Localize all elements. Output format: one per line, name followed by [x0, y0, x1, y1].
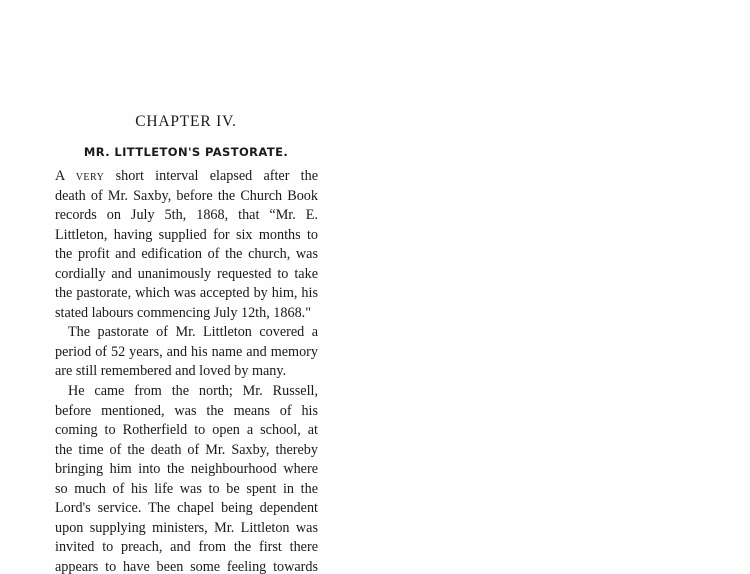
- chapter-subtitle: MR. LITTLETON'S PASTORATE.: [55, 145, 317, 159]
- text-line: before mentioned, was the means of his: [55, 402, 318, 422]
- text-line: bringing him into the neighbourhood wher…: [55, 460, 318, 480]
- text-line: are still remembered and loved by many.: [55, 362, 318, 382]
- text-line: invited to preach, and from the first th…: [55, 538, 318, 558]
- paragraph-start-line: The pastorate of Mr. Littleton covered a: [55, 323, 318, 343]
- body-text: A very short interval elapsed after the …: [55, 167, 318, 574]
- text-line: death of Mr. Saxby, before the Church Bo…: [55, 187, 318, 207]
- text-line: Lord's service. The chapel being depende…: [55, 499, 318, 519]
- text-line: the profit and edification of the church…: [55, 245, 318, 265]
- text-line: A very short interval elapsed after the: [55, 167, 318, 187]
- text-line: so much of his life was to be spent in t…: [55, 480, 318, 500]
- text-line: records on July 5th, 1868, that “Mr. E.: [55, 206, 318, 226]
- text-line: period of 52 years, and his name and mem…: [55, 343, 318, 363]
- paragraph-start-line: He came from the north; Mr. Russell,: [55, 382, 318, 402]
- text-line: Littleton, having supplied for six month…: [55, 226, 318, 246]
- text-line: the time of the death of Mr. Saxby, ther…: [55, 441, 318, 461]
- lead-word: A: [55, 168, 64, 184]
- text-line: coming to Rotherfield to open a school, …: [55, 421, 318, 441]
- chapter-title: CHAPTER IV.: [55, 113, 317, 131]
- book-page: CHAPTER IV. MR. LITTLETON'S PASTORATE. A…: [0, 0, 750, 574]
- text-line: appears to have been some feeling toward…: [55, 558, 318, 574]
- text-line: the pastorate, which was accepted by him…: [55, 284, 318, 304]
- text-line: cordially and unanimously requested to t…: [55, 265, 318, 285]
- small-caps-word: very: [76, 168, 105, 184]
- text-line: stated labours commencing July 12th, 186…: [55, 304, 318, 324]
- text-line: upon supplying ministers, Mr. Littleton …: [55, 519, 318, 539]
